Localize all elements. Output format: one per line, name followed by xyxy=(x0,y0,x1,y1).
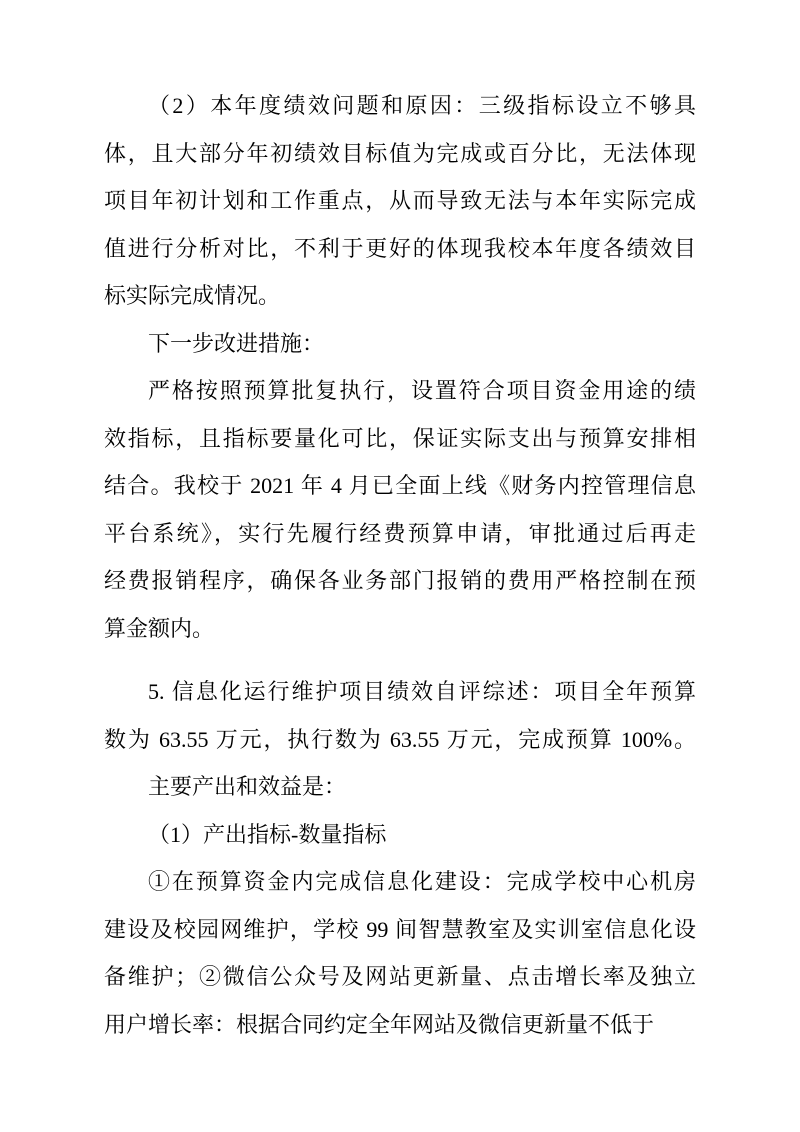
text-line: ①在预算资金内完成信息化建设：完成学校中心机房 xyxy=(104,858,696,906)
text-line: 严格按照预算批复执行，设置符合项目资金用途的绩 xyxy=(104,367,696,415)
paragraph-next-steps-heading: 下一步改进措施： xyxy=(104,320,696,368)
paragraph-improvement-measures: 严格按照预算批复执行，设置符合项目资金用途的绩 效指标，且指标要量化可比，保证实… xyxy=(104,367,696,652)
text-line: 主要产出和效益是： xyxy=(104,763,696,811)
text-line: 体，且大部分年初绩效目标值为完成或百分比，无法体现 xyxy=(104,130,696,178)
text-line: 用户增长率：根据合同约定全年网站及微信更新量不低于 xyxy=(104,1001,696,1049)
text-line: 标实际完成情况。 xyxy=(104,272,696,320)
paragraph-performance-issues: （2）本年度绩效问题和原因：三级指标设立不够具 体，且大部分年初绩效目标值为完成… xyxy=(104,82,696,320)
text-line: 平台系统》，实行先履行经费预算申请，审批通过后再走 xyxy=(104,510,696,558)
text-line: 下一步改进措施： xyxy=(104,320,696,368)
document-page: （2）本年度绩效问题和原因：三级指标设立不够具 体，且大部分年初绩效目标值为完成… xyxy=(0,0,800,1132)
text-line: 建设及校园网维护，学校 99 间智慧教室及实训室信息化设 xyxy=(104,906,696,954)
text-line: 数为 63.55 万元，执行数为 63.55 万元，完成预算 100%。 xyxy=(104,716,696,764)
text-line: 效指标，且指标要量化可比，保证实际支出与预算安排相 xyxy=(104,415,696,463)
paragraph-item5-summary: 5. 信息化运行维护项目绩效自评综述：项目全年预算 数为 63.55 万元，执行… xyxy=(104,668,696,763)
text-line: 值进行分析对比，不利于更好的体现我校本年度各绩效目 xyxy=(104,225,696,273)
paragraph-output-details: ①在预算资金内完成信息化建设：完成学校中心机房 建设及校园网维护，学校 99 间… xyxy=(104,858,696,1048)
text-line: 结合。我校于 2021 年 4 月已全面上线《财务内控管理信息 xyxy=(104,462,696,510)
paragraph-outputs-heading: 主要产出和效益是： xyxy=(104,763,696,811)
text-line: 备维护；②微信公众号及网站更新量、点击增长率及独立 xyxy=(104,953,696,1001)
text-line: 5. 信息化运行维护项目绩效自评综述：项目全年预算 xyxy=(104,668,696,716)
text-line: （2）本年度绩效问题和原因：三级指标设立不够具 xyxy=(104,82,696,130)
paragraph-quantity-indicator-heading: （1）产出指标-数量指标 xyxy=(104,811,696,859)
text-line: 经费报销程序，确保各业务部门报销的费用严格控制在预 xyxy=(104,557,696,605)
text-line: 算金额内。 xyxy=(104,605,696,653)
text-line: （1）产出指标-数量指标 xyxy=(104,811,696,859)
text-line: 项目年初计划和工作重点，从而导致无法与本年实际完成 xyxy=(104,177,696,225)
